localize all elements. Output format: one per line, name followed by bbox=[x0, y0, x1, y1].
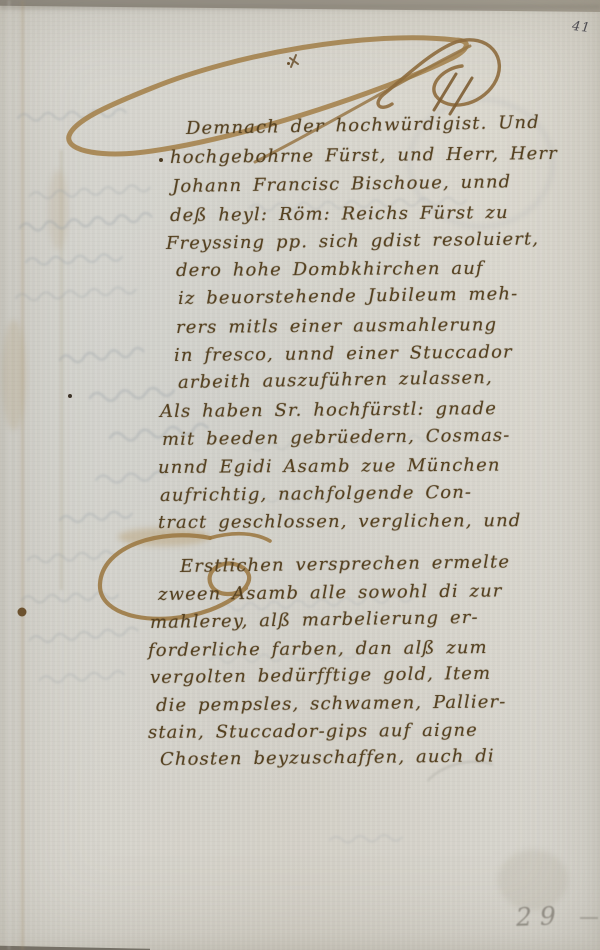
manuscript-line: tract geschlossen, verglichen, und bbox=[158, 510, 521, 533]
manuscript-line: rers mitls einer ausmahlerung bbox=[176, 314, 497, 338]
manuscript-line: Demnach der hochwürdigist. Und bbox=[186, 112, 540, 139]
manuscript-line: mit beeden gebrüedern, Cosmas- bbox=[162, 425, 511, 450]
manuscript-line: Als haben Sr. hochfürstl: gnade bbox=[160, 398, 497, 422]
manuscript-line: in fresco, unnd einer Stuccador bbox=[174, 341, 513, 366]
ink-speck bbox=[68, 394, 72, 398]
ink-drop bbox=[18, 608, 27, 617]
manuscript-line: mahlerey, alß marbelierung er- bbox=[150, 607, 479, 633]
book-page-edge-shadow bbox=[0, 5, 600, 11]
manuscript-line: Erstlichen versprechen ermelte bbox=[180, 551, 510, 577]
manuscript-line: vergolten bedürfftige gold, Item bbox=[150, 663, 491, 688]
manuscript-line: deß heyl: Röm: Reichs Fürst zu bbox=[170, 202, 509, 226]
book-page-edge-bottom bbox=[0, 944, 150, 950]
vertical-crease bbox=[60, 150, 63, 590]
manuscript-line: aufrichtig, nachfolgende Con- bbox=[160, 482, 472, 506]
manuscript-line: hochgebohrne Fürst, und Herr, Herr bbox=[170, 143, 558, 168]
manuscript-line: arbeith auszuführen zulassen, bbox=[178, 367, 493, 393]
vertical-crease bbox=[21, 0, 24, 950]
manuscript-line: Freyssing pp. sich gdist resoluiert, bbox=[166, 228, 539, 254]
paper-stain bbox=[2, 320, 26, 430]
manuscript-line: unnd Egidi Asamb zue München bbox=[158, 455, 501, 478]
manuscript-line: Johann Francisc Bischoue, unnd bbox=[172, 171, 512, 197]
pencil-dash-mark bbox=[580, 917, 598, 919]
pencil-page-number: 29 bbox=[516, 901, 565, 932]
folio-number: 41 bbox=[571, 19, 591, 36]
ink-speck bbox=[159, 158, 163, 162]
left-edge-highlight bbox=[8, 0, 10, 950]
manuscript-line: stain, Stuccador-gips auf aigne bbox=[148, 720, 478, 743]
ink-speck bbox=[287, 62, 290, 65]
manuscript-line: zween Asamb alle sowohl di zur bbox=[158, 580, 503, 605]
manuscript-line: dero hohe Dombkhirchen auf bbox=[176, 258, 484, 281]
manuscript-line: iz beuorstehende Jubileum meh- bbox=[178, 283, 519, 309]
paper-stain bbox=[48, 170, 68, 250]
manuscript-page: 41 Demnach der hochwürdigist. Und hochge… bbox=[0, 0, 600, 950]
manuscript-line: die pempsles, schwamen, Pallier- bbox=[156, 691, 507, 716]
manuscript-line: forderliche farben, dan alß zum bbox=[148, 637, 488, 661]
